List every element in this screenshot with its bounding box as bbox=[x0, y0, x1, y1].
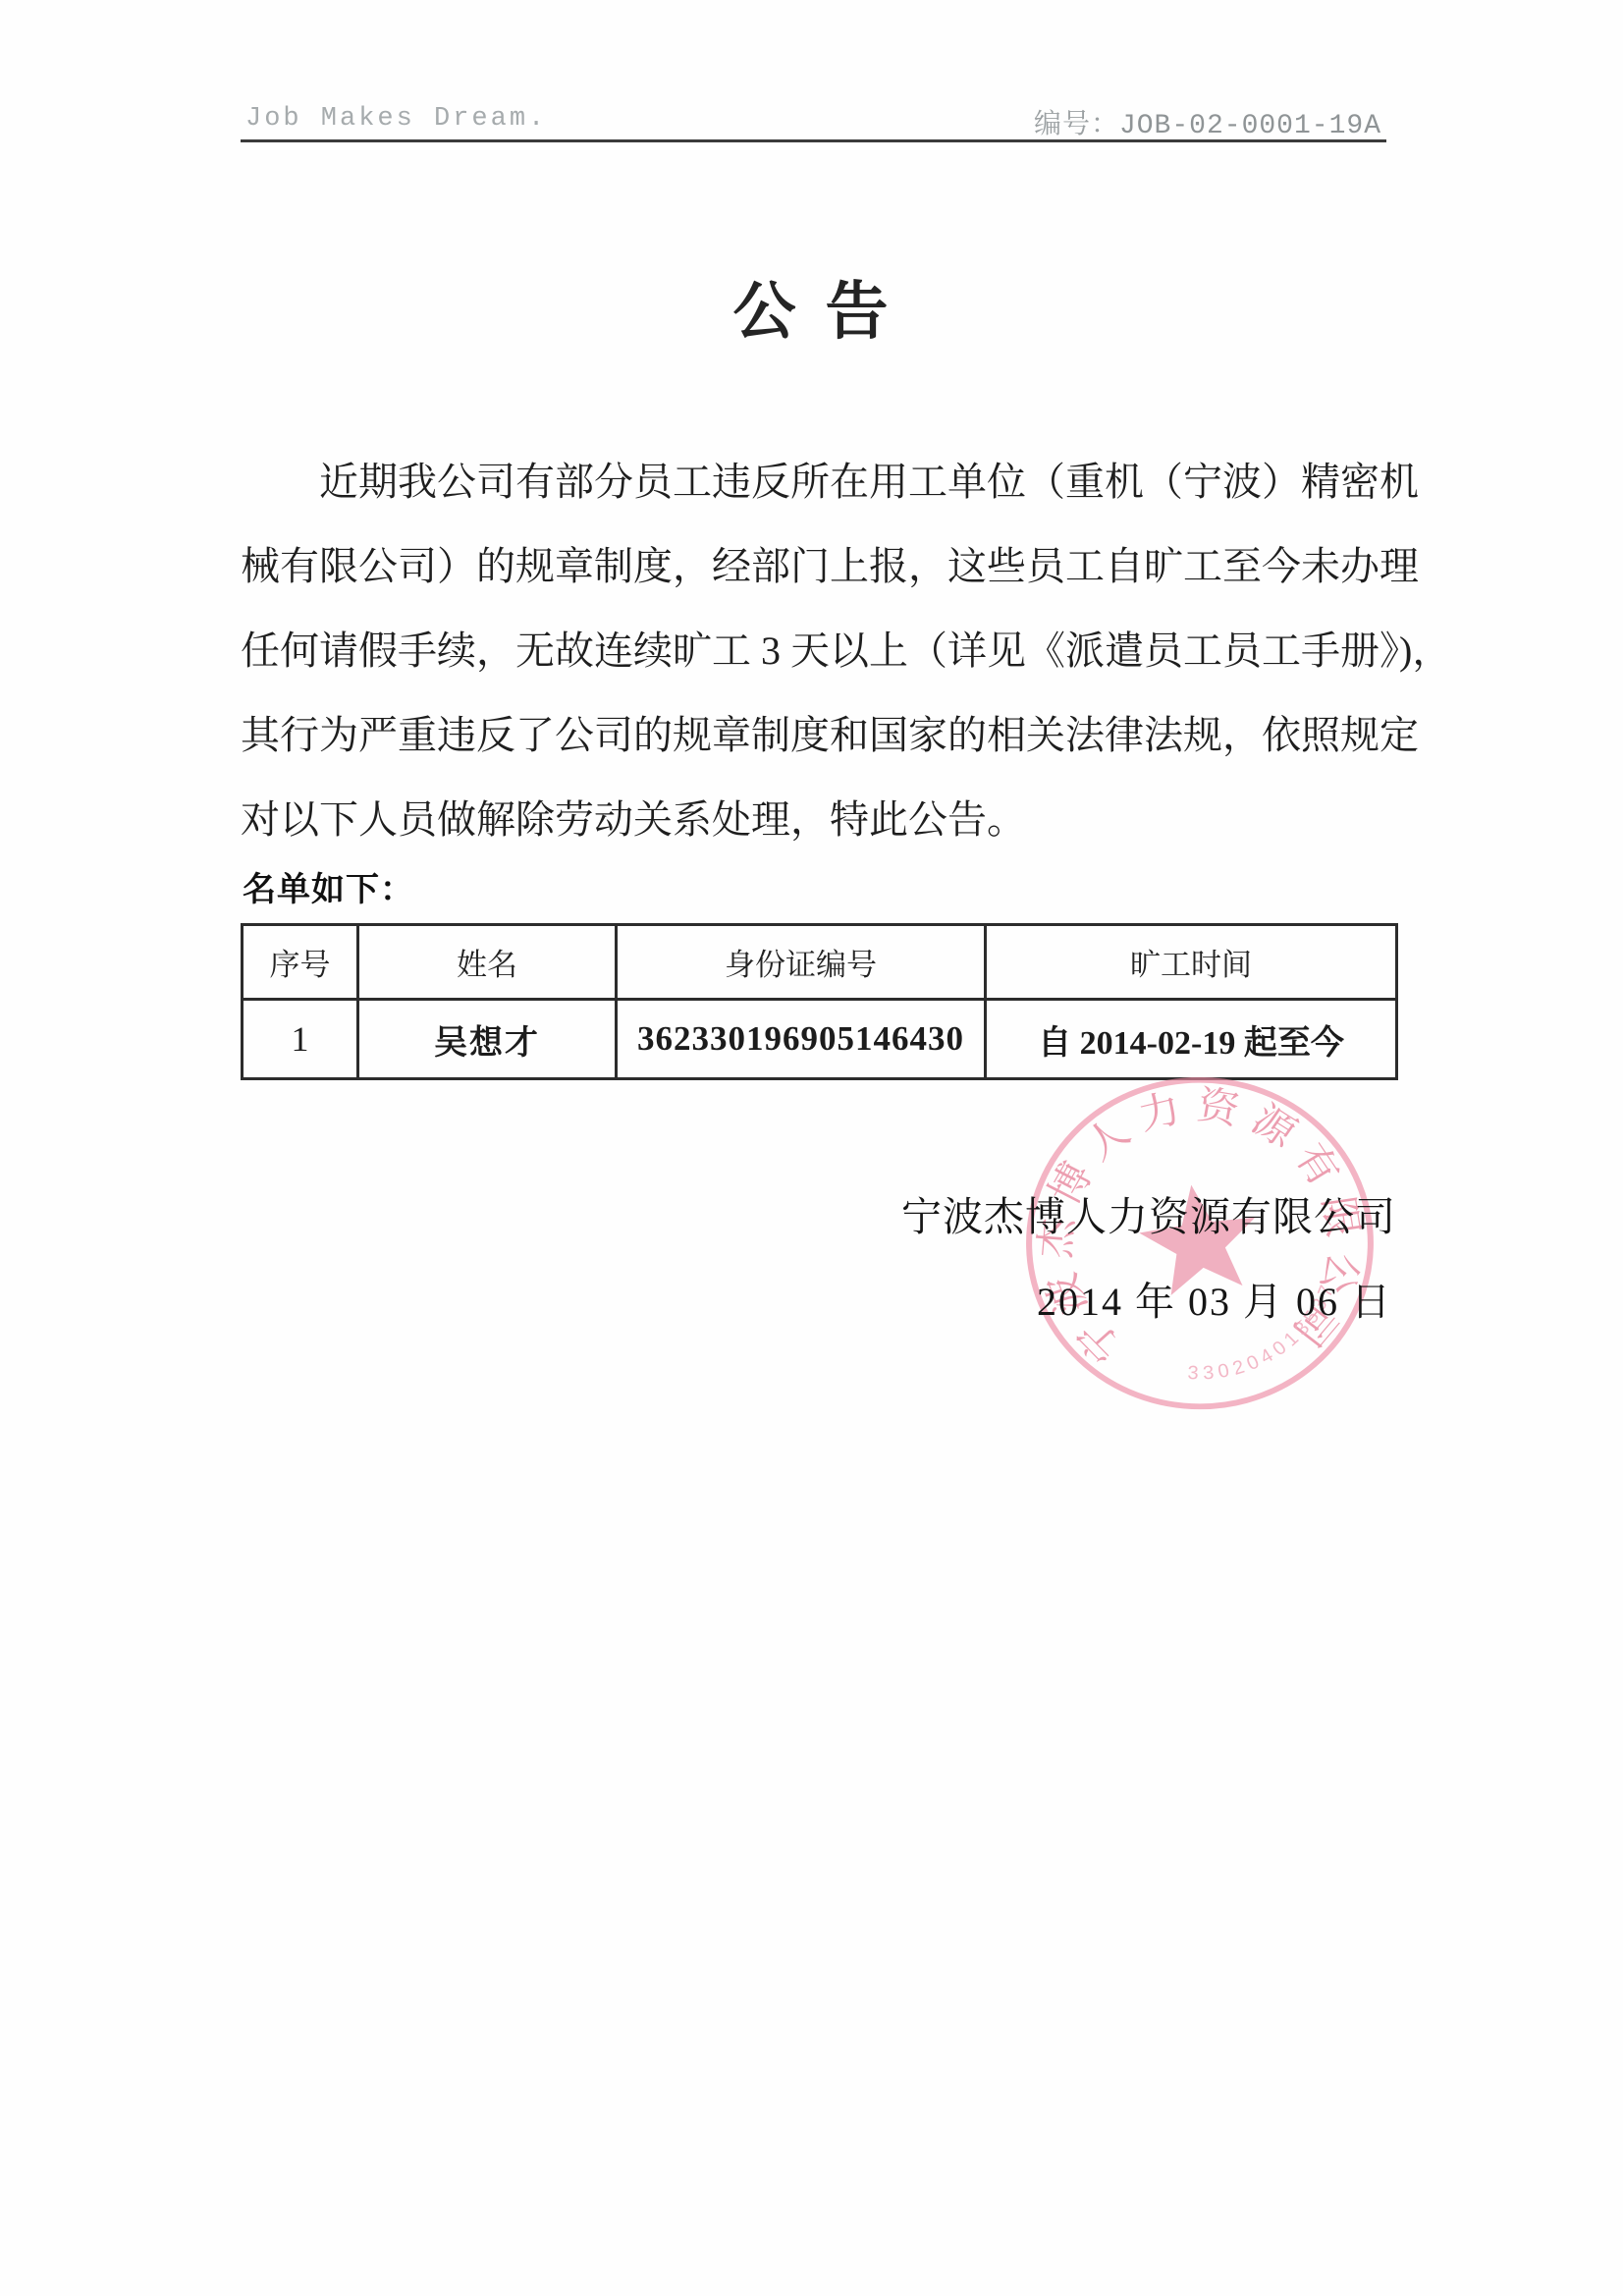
paragraph-line: 对以下人员做解除劳动关系处理，特此公告。 bbox=[241, 778, 1391, 862]
signature-company: 宁波杰博人力资源有限公司 bbox=[901, 1184, 1396, 1242]
dismissal-table: 序号 姓名 身份证编号 旷工时间 1 吴想才 36233019690514643… bbox=[241, 923, 1398, 1080]
table-header-row: 序号 姓名 身份证编号 旷工时间 bbox=[243, 925, 1397, 1000]
col-header-name: 姓名 bbox=[358, 925, 617, 1000]
header-doc-number: 编号：JOB-02-0001-19A bbox=[1034, 102, 1381, 141]
col-header-index: 序号 bbox=[243, 925, 358, 1000]
document-page: Job Makes Dream. 编号：JOB-02-0001-19A 公 告 … bbox=[0, 0, 1623, 2296]
paragraph-line: 近期我公司有部分员工违反所在用工单位（重机（宁波）精密机 bbox=[241, 440, 1391, 524]
signature-date: 2014 年 03 月 06 日 bbox=[1037, 1271, 1392, 1327]
page-title: 公 告 bbox=[0, 261, 1623, 352]
table-row: 1 吴想才 362330196905146430 自 2014-02-19 起至… bbox=[243, 1000, 1397, 1079]
paragraph-line: 械有限公司）的规章制度，经部门上报，这些员工自旷工至今未办理 bbox=[241, 524, 1391, 609]
announcement-paragraph: 近期我公司有部分员工违反所在用工单位（重机（宁波）精密机 械有限公司）的规章制度… bbox=[241, 440, 1391, 862]
cell-name: 吴想才 bbox=[358, 1000, 617, 1079]
header-slogan: Job Makes Dream. bbox=[245, 104, 547, 134]
cell-index: 1 bbox=[243, 1000, 358, 1079]
doc-number-label: 编号： bbox=[1034, 111, 1119, 141]
list-label: 名单如下： bbox=[243, 862, 414, 910]
header-rule bbox=[241, 139, 1386, 142]
company-seal-stamp: 宁波杰博人力资源有限公司 330204013537 bbox=[1021, 1072, 1379, 1414]
paragraph-line: 其行为严重违反了公司的规章制度和国家的相关法律法规，依照规定 bbox=[241, 693, 1391, 778]
col-header-id-number: 身份证编号 bbox=[617, 925, 986, 1000]
cell-absence-time: 自 2014-02-19 起至今 bbox=[986, 1000, 1397, 1079]
cell-id-number: 362330196905146430 bbox=[617, 1000, 986, 1079]
doc-number-value: JOB-02-0001-19A bbox=[1119, 111, 1381, 141]
col-header-absence-time: 旷工时间 bbox=[986, 925, 1397, 1000]
paragraph-line: 任何请假手续，无故连续旷工 3 天以上（详见《派遣员工员工手册》)， bbox=[241, 609, 1391, 693]
